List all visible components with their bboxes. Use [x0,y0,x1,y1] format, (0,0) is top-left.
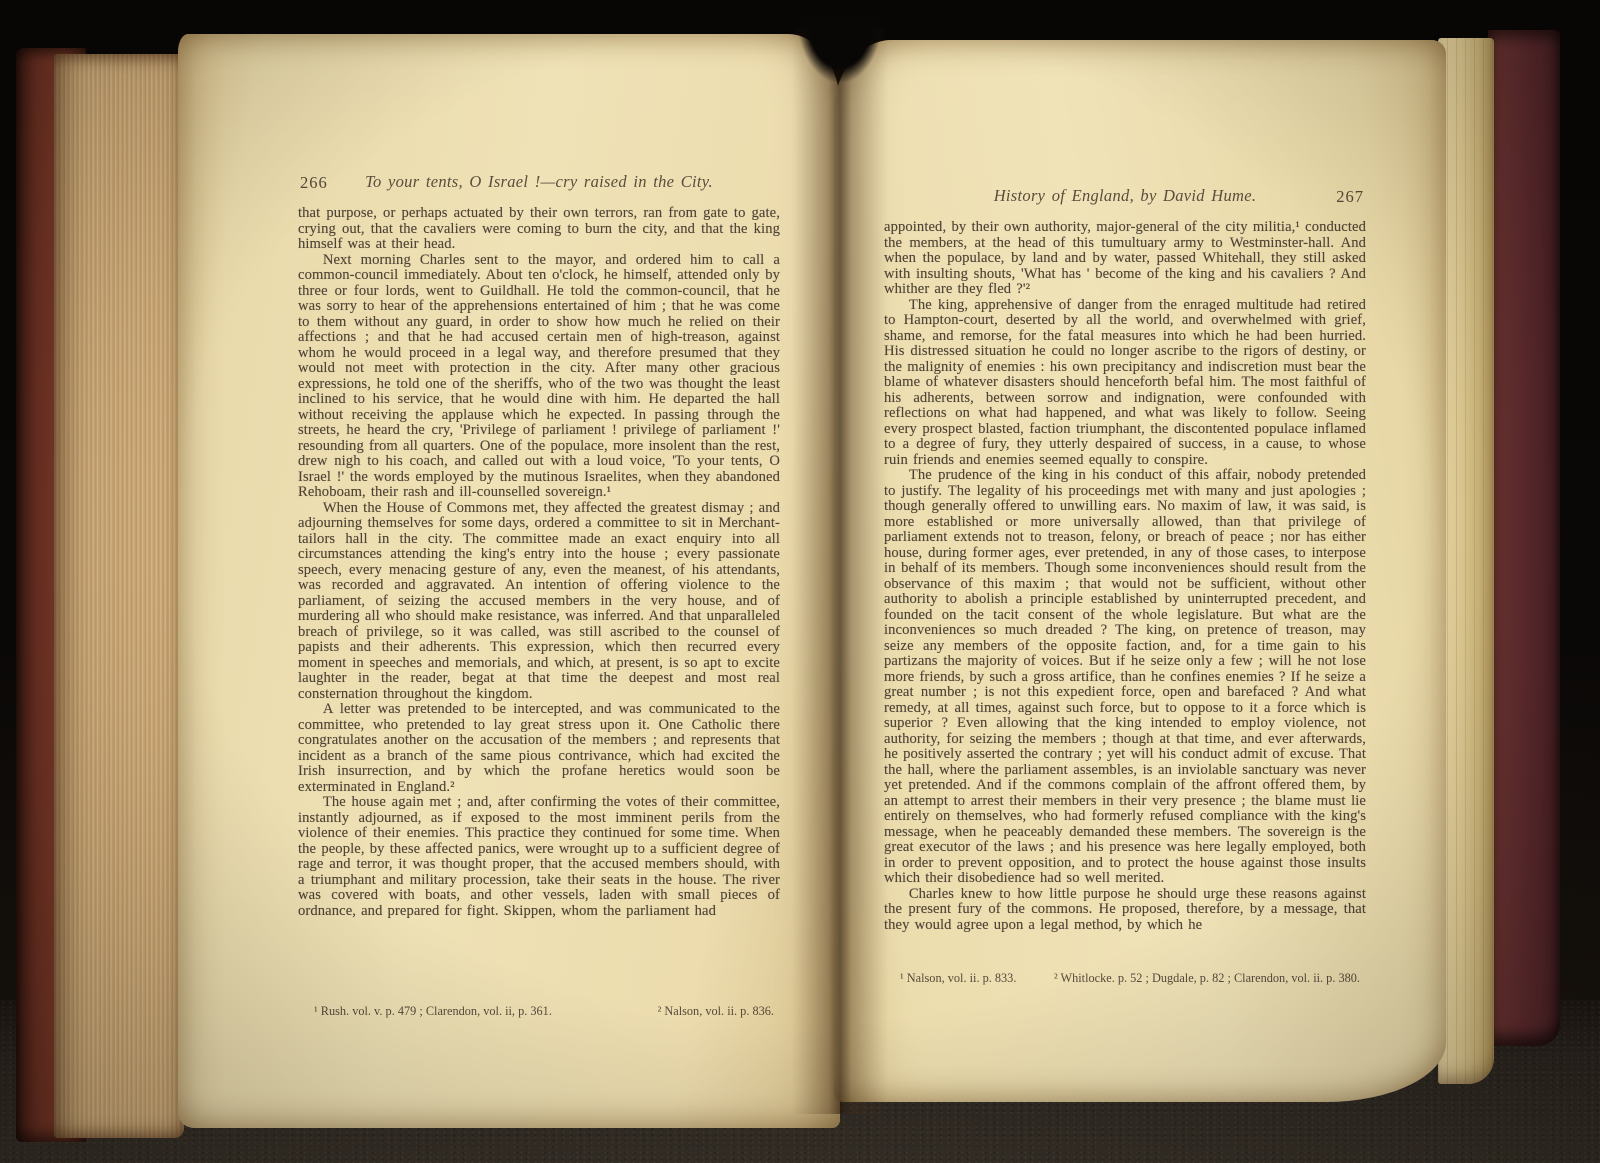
left-page-number: 266 [300,173,328,193]
left-page-body: that purpose, or perhaps actuated by the… [298,206,780,997]
footnote-1: ¹ Nalson, vol. ii. p. 833. [900,971,1016,986]
paragraph: A letter was pretended to be intercepted… [298,702,780,795]
paragraph: The king, apprehensive of danger from th… [884,298,1366,469]
paragraph: When the House of Commons met, they affe… [298,501,780,703]
footnote-2: ² Nalson, vol. ii. p. 836. [658,1004,774,1019]
paragraph: appointed, by their own authority, major… [884,220,1366,298]
paragraph: Next morning Charles sent to the mayor, … [298,253,780,501]
right-footnotes: ¹ Nalson, vol. ii. p. 833. ² Whitlocke. … [884,971,1366,986]
paragraph: The prudence of the king in his conduct … [884,468,1366,887]
spine-top-notch [798,18,882,82]
paragraph: that purpose, or perhaps actuated by the… [298,206,780,253]
fore-edge-page-stack [54,54,184,1138]
right-page-number: 267 [1336,187,1364,207]
paragraph: The house again met ; and, after confirm… [298,795,780,919]
right-page-text: 267 History of England, by David Hume. a… [884,186,1366,986]
right-page-edges [1438,38,1494,1084]
footnote-2: ² Whitlocke. p. 52 ; Dugdale, p. 82 ; Cl… [1054,971,1360,986]
right-cover-board [1488,30,1560,1046]
paragraph: Charles knew to how little purpose he sh… [884,887,1366,934]
left-page-text: 266 To your tents, O Israel !—cry raised… [298,172,780,1019]
left-running-head: 266 To your tents, O Israel !—cry raised… [298,172,780,198]
right-page-body: appointed, by their own authority, major… [884,220,1366,964]
right-running-title: History of England, by David Hume. [884,186,1366,206]
right-running-head: 267 History of England, by David Hume. [884,186,1366,212]
spine-gutter-shadow [792,28,888,1114]
left-footnotes: ¹ Rush. vol. v. p. 479 ; Clarendon, vol.… [298,1004,780,1019]
book-photo: 266 To your tents, O Israel !—cry raised… [0,0,1600,1163]
left-running-title: To your tents, O Israel !—cry raised in … [298,172,780,192]
footnote-1: ¹ Rush. vol. v. p. 479 ; Clarendon, vol.… [314,1004,552,1019]
